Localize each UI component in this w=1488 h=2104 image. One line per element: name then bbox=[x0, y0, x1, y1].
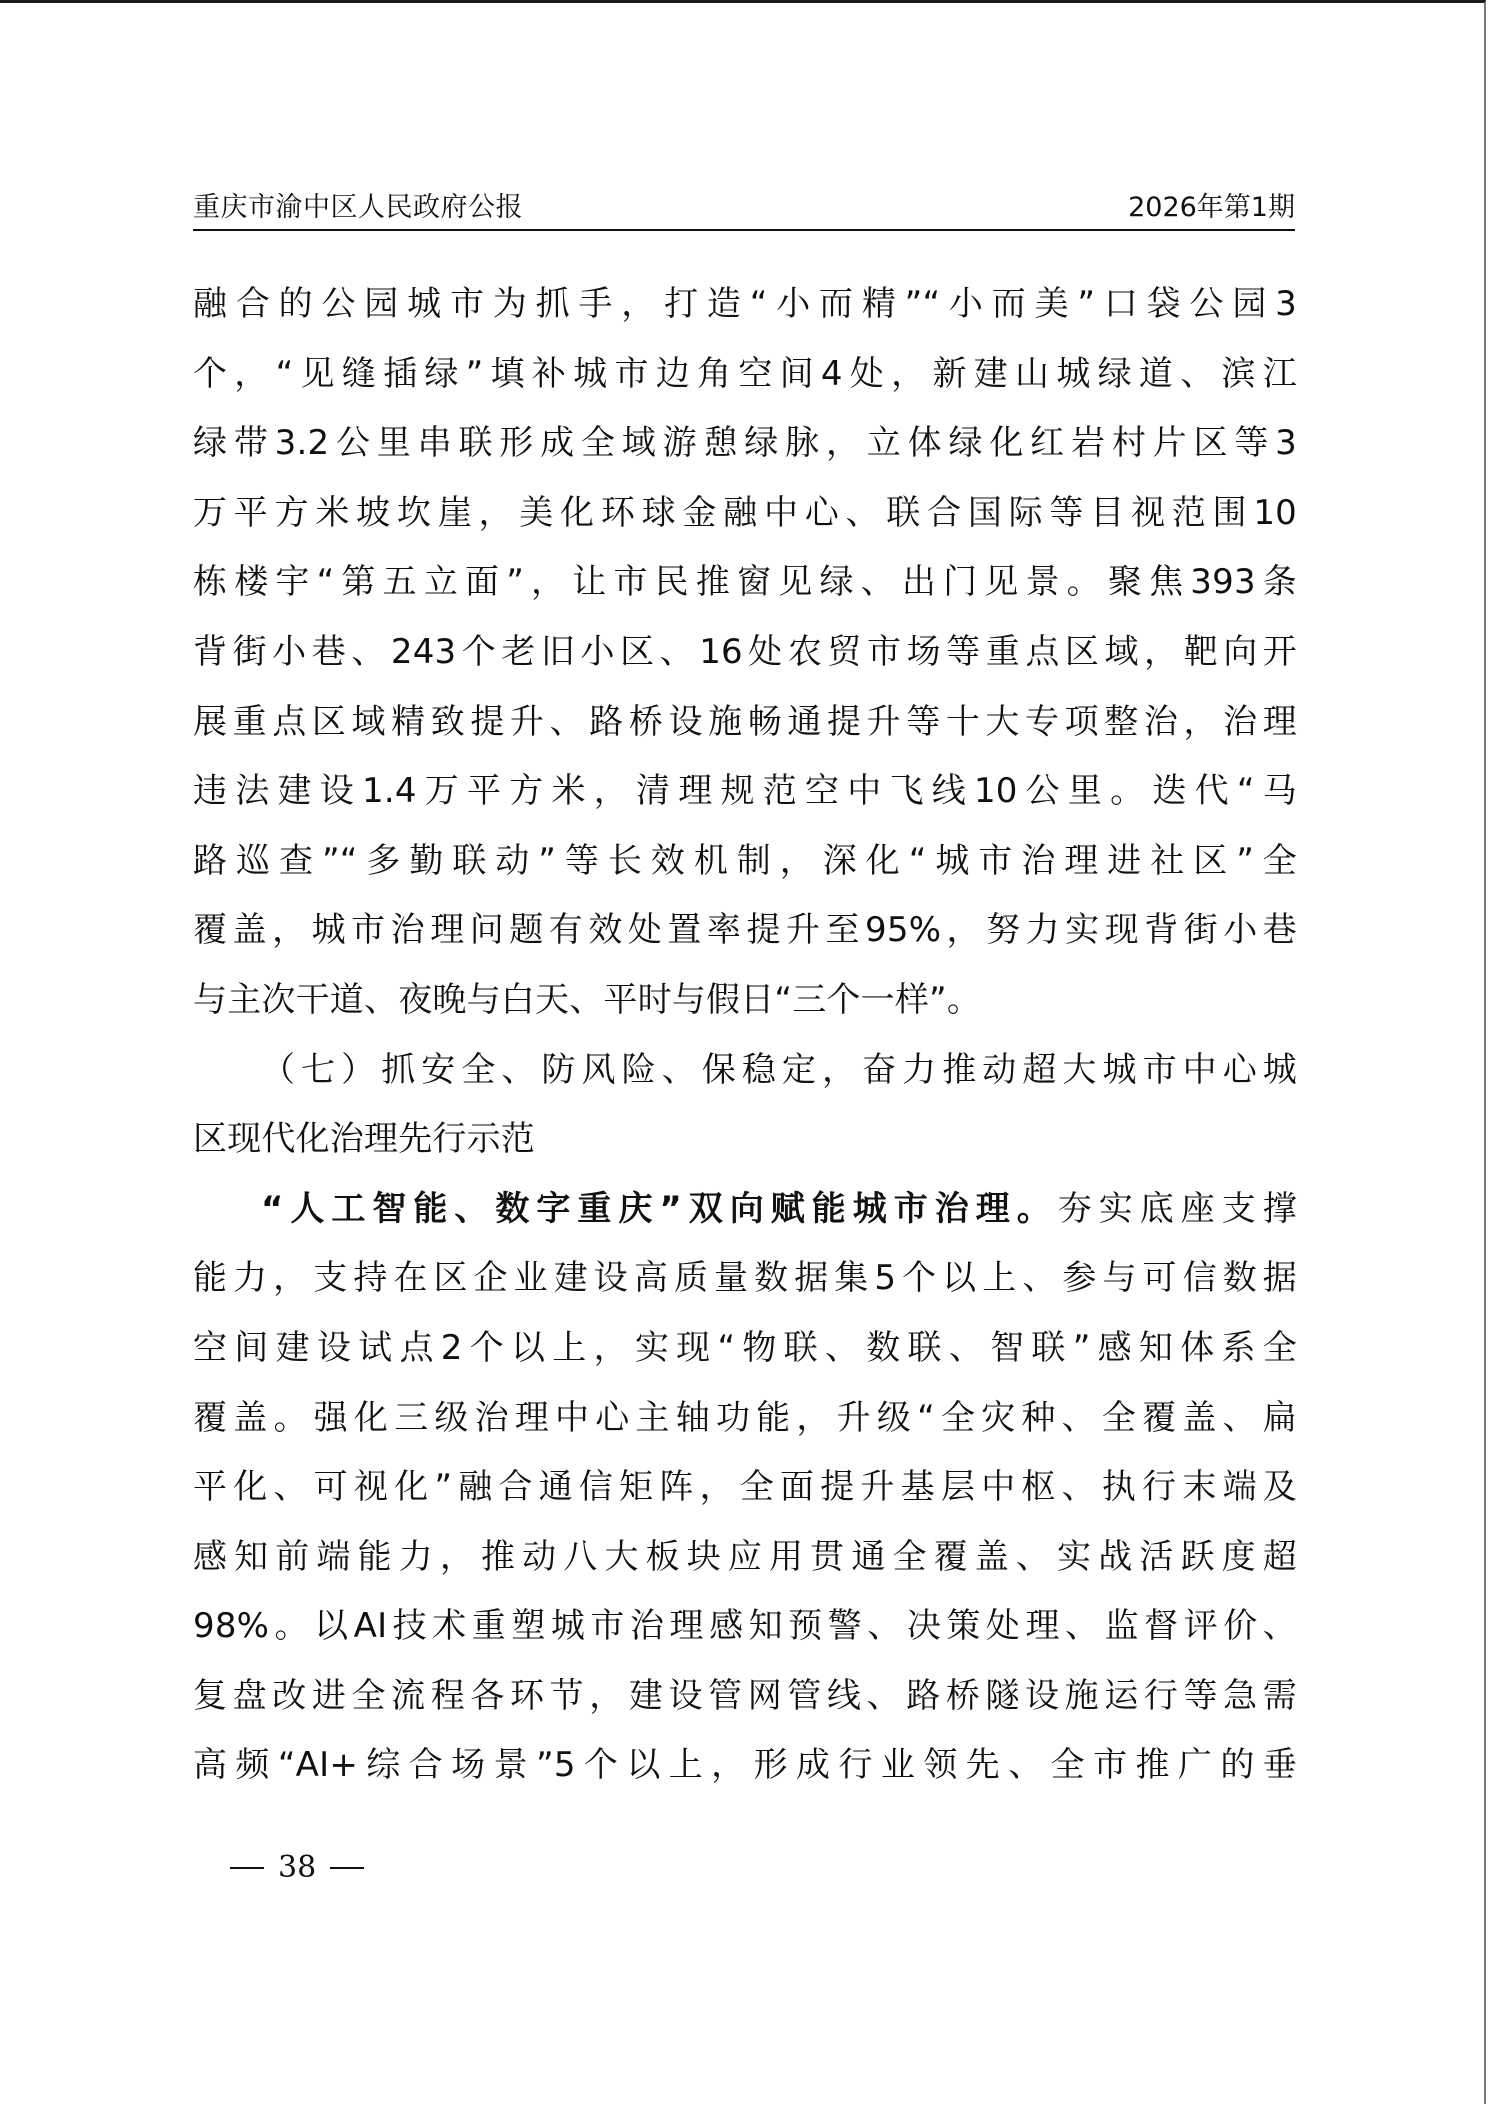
text-line: 融合的公园城市为抓手，打造“小而精”“小而美”口袋公园3 bbox=[193, 270, 1297, 340]
text-line: 平化、可视化”融合通信矩阵，全面提升基层中枢、执行末端及 bbox=[193, 1453, 1297, 1523]
page-number: 38 bbox=[230, 1853, 364, 1883]
text-line: 背街小巷、243个老旧小区、16处农贸市场等重点区域，靶向开 bbox=[193, 618, 1297, 688]
em-dash-right bbox=[330, 1867, 364, 1869]
text-line: 复盘改进全流程各环节，建设管网管线、路桥隧设施运行等急需 bbox=[193, 1662, 1297, 1732]
text-line: 高频“AI+综合场景”5个以上，形成行业领先、全市推广的垂 bbox=[193, 1731, 1297, 1801]
text-line: 98%。以AI技术重塑城市治理感知预警、决策处理、监督评价、 bbox=[193, 1592, 1297, 1662]
document-page: 重庆市渝中区人民政府公报 2026年第1期 融合的公园城市为抓手，打造“小而精”… bbox=[0, 0, 1486, 2104]
paragraph-bold-lead: “人工智能、数字重庆”双向赋能城市治理。 bbox=[261, 1189, 1058, 1229]
issue-number: 2026年第1期 bbox=[1128, 194, 1295, 221]
text-line: 覆盖，城市治理问题有效处置率提升至95%，努力实现背街小巷 bbox=[193, 896, 1297, 966]
em-dash-left bbox=[230, 1867, 264, 1869]
text-line: 个，“见缝插绿”填补城市边角空间4处，新建山城绿道、滨江 bbox=[193, 340, 1297, 410]
text-line: 绿带3.2公里串联形成全域游憩绿脉，立体绿化红岩村片区等3 bbox=[193, 409, 1297, 479]
text-line: 展重点区域精致提升、路桥设施畅通提升等十大专项整治，治理 bbox=[193, 688, 1297, 758]
paragraph-urban-greening: 融合的公园城市为抓手，打造“小而精”“小而美”口袋公园3 个，“见缝插绿”填补城… bbox=[193, 270, 1297, 1036]
body-text: 融合的公园城市为抓手，打造“小而精”“小而美”口袋公园3 个，“见缝插绿”填补城… bbox=[193, 270, 1297, 1801]
running-header: 重庆市渝中区人民政府公报 2026年第1期 bbox=[193, 181, 1295, 231]
text-line: 栋楼宇“第五立面”，让市民推窗见绿、出门见景。聚焦393条 bbox=[193, 548, 1297, 618]
text-line: 覆盖。强化三级治理中心主轴功能，升级“全灾种、全覆盖、扁 bbox=[193, 1384, 1297, 1454]
page-number-value: 38 bbox=[278, 1853, 316, 1883]
publication-title: 重庆市渝中区人民政府公报 bbox=[193, 194, 523, 221]
text-line: 万平方米坡坎崖，美化环球金融中心、联合国际等目视范围10 bbox=[193, 479, 1297, 549]
section-heading-7: （七）抓安全、防风险、保稳定，奋力推动超大城市中心城 区现代化治理先行示范 bbox=[193, 1036, 1297, 1175]
paragraph-digital-governance: “人工智能、数字重庆”双向赋能城市治理。夯实底座支撑 能力，支持在区企业建设高质… bbox=[193, 1175, 1297, 1801]
text-line: “人工智能、数字重庆”双向赋能城市治理。夯实底座支撑 bbox=[193, 1175, 1297, 1245]
text-line: 违法建设1.4万平方米，清理规范空中飞线10公里。迭代“马 bbox=[193, 757, 1297, 827]
section-heading-line: （七）抓安全、防风险、保稳定，奋力推动超大城市中心城 bbox=[193, 1036, 1297, 1106]
text-line: 路巡查”“多勤联动”等长效机制，深化“城市治理进社区”全 bbox=[193, 827, 1297, 897]
text-line: 与主次干道、夜晚与白天、平时与假日“三个一样”。 bbox=[193, 966, 1297, 1036]
text-line: 空间建设试点2个以上，实现“物联、数联、智联”感知体系全 bbox=[193, 1314, 1297, 1384]
text-line: 能力，支持在区企业建设高质量数据集5个以上、参与可信数据 bbox=[193, 1244, 1297, 1314]
section-heading-line: 区现代化治理先行示范 bbox=[193, 1105, 1297, 1175]
text-fragment: 夯实底座支撑 bbox=[1058, 1189, 1297, 1229]
text-line: 感知前端能力，推动八大板块应用贯通全覆盖、实战活跃度超 bbox=[193, 1523, 1297, 1593]
